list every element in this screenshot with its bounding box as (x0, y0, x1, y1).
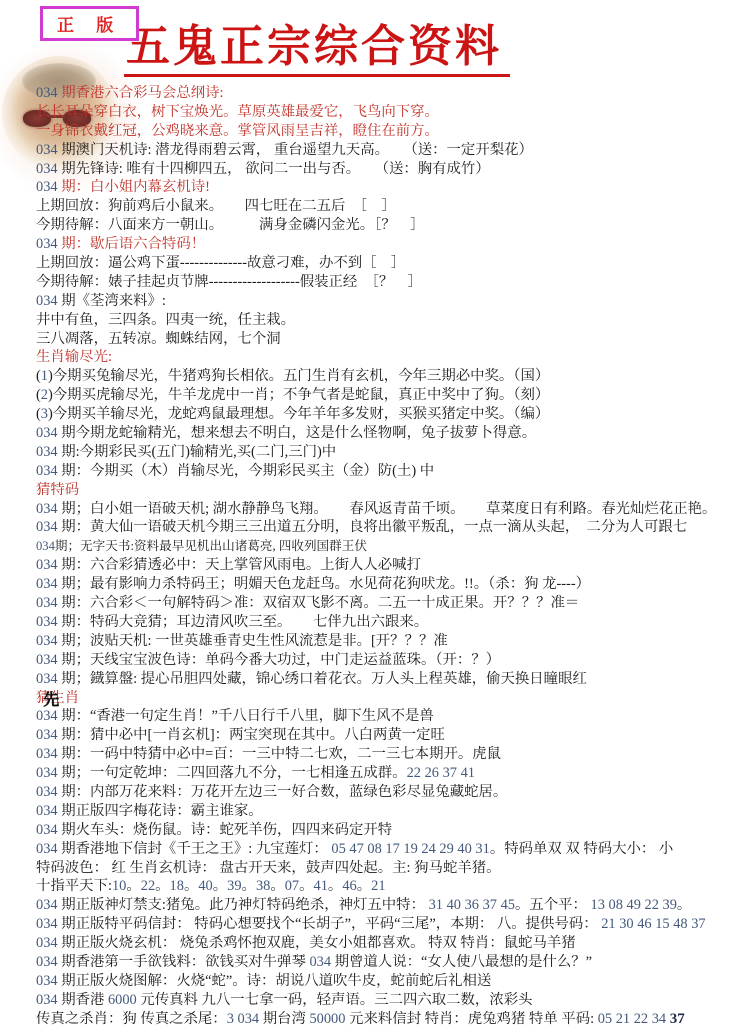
number-text: 034 (36, 992, 58, 1008)
stamp-label: 正 版 (57, 16, 122, 35)
overlapping-bold-text: 先 (43, 692, 59, 711)
number-text: 3 (227, 1011, 234, 1027)
number-text: 07 (285, 878, 299, 894)
text-line: 034 期：今期买（木）肖输尽光，今期彩民买主（金）防(土) 中 (0, 462, 748, 481)
text-line: 034 期正版火烧图解：火烧“蛇”。诗：胡说八道吹牛皮，蛇前蛇后礼相送 (0, 972, 748, 991)
number-text: 22 (634, 1011, 648, 1027)
text-line: 传真之杀肖：狗 传真之杀尾：3 034 期台湾 50000 元来料信封 特肖：虎… (0, 1010, 748, 1029)
text-line: (1)今期买兔输尽光，牛猪鸡狗长相依。五门生肖有玄机，今年三期必中奖。（国） (0, 367, 748, 386)
number-text: 13 (591, 897, 605, 913)
text-line: 上期回放：逼公鸡下蛋--------------故意刁难，办不到［ ］ (0, 254, 748, 273)
number-text: 034 (36, 671, 58, 687)
number-text: 46 (342, 878, 356, 894)
number-text: 41 (461, 765, 475, 781)
number-text: 22 (645, 897, 659, 913)
number-text: 034 (36, 708, 58, 724)
number-text: 034 (36, 519, 58, 535)
number-text: 21 (616, 1011, 630, 1027)
text-line: 034 期；一句定乾坤：二四回落九不分，一七相逢五成群。22 26 37 41 (0, 764, 748, 783)
text-line: 井中有鱼，三四条。四夷一统，任主栽。 (0, 311, 748, 330)
number-text: 49 (627, 897, 641, 913)
text-line: 猜特码 (0, 481, 748, 500)
text-line: 034期；无字天书:资料最早见机出山诸葛亮, 四收列国群王伏 (0, 537, 748, 556)
number-text: 034 (36, 935, 58, 951)
number-text: 1 (41, 368, 48, 384)
text-line: 上期回放：狗前鸡后小鼠来。 四七旺在二五后 ［ ］ (0, 197, 748, 216)
number-text: 46 (637, 916, 651, 932)
number-text: 034 (36, 501, 58, 517)
number-text: 034 (238, 1011, 260, 1027)
number-text: 034 (36, 236, 58, 252)
number-text: 2 (41, 387, 48, 403)
text-line: 猜生肖先 (0, 689, 748, 708)
number-text: 034 (36, 803, 58, 819)
text-line: 今期待解：婊子挂起贞节牌-------------------假装正经 ［？ ］ (0, 273, 748, 292)
text-line: 034 期：特码大竞猜；耳边清风吹三至。 七伴九出六跟来。 (0, 613, 748, 632)
number-text: 034 (36, 539, 55, 553)
number-text: 034 (36, 954, 58, 970)
number-text: 37 (443, 765, 457, 781)
number-text: 034 (36, 425, 58, 441)
number-text: 034 (36, 557, 58, 573)
number-text: 6000 (108, 992, 137, 1008)
text-line: 034 期今期龙蛇输精光，想来想去不明白，这是什么怪物啊，兔子拔萝卜得意。 (0, 424, 748, 443)
text-line: 三八凋落，五转凉。蜘蛛结网，七个洞 (0, 330, 748, 349)
text-line: 034 期《荃湾来料》: (0, 292, 748, 311)
number-text: 34 (652, 1011, 666, 1027)
text-line: 034 期正版神灯禁支:猪兔。此乃神灯特码绝杀，神灯五中特： 31 40 36 … (0, 896, 748, 915)
number-text: 17 (385, 841, 399, 857)
text-line: 034 期：内部万花来料：万花开左边三一好合数，蓝绿色彩尽显兔藏蛇居。 (0, 783, 748, 802)
number-text: 034 (36, 727, 58, 743)
text-line: 034 期香港第一手欲钱料：欲钱买对牛弹琴 034 期曾道人说：“女人使八最想的… (0, 953, 748, 972)
number-text: 034 (36, 85, 58, 101)
number-text: 034 (36, 916, 58, 932)
number-text: 40 (198, 878, 212, 894)
number-text: 37 (691, 916, 705, 932)
number-text: 034 (36, 784, 58, 800)
number-text: 034 (36, 973, 58, 989)
authentic-stamp: 正 版 (40, 6, 139, 41)
number-text: 05 (331, 841, 345, 857)
number-text: 15 (655, 916, 669, 932)
number-text: 41 (314, 878, 328, 894)
number-text: 39 (663, 897, 677, 913)
text-line: 034 期；天线宝宝波色诗：单码今番大功过，中门走运益蓝珠。（开：？） (0, 651, 748, 670)
page: 正 版 五鬼正宗综合资料 034 期香港六合彩马会总纲诗:长长耳朵穿白衣，树下宝… (0, 0, 748, 1036)
number-text: 18 (170, 878, 184, 894)
text-line: 034 期先锋诗: 唯有十四柳四五， 欲问二一出与否。 （送：胸有成竹） (0, 160, 748, 179)
number-text: 034 (36, 633, 58, 649)
text-line: 034 期；鐡算盤: 提心吊胆四处藏，锦心绣口着花衣。万人头上程英雄，偷天换日瞳… (0, 670, 748, 689)
number-text: 22 (407, 765, 421, 781)
text-line: (2)今期买虎输尽光，牛羊龙虎中一肖；不争气者是蛇鼠，真正中奖中了狗。（刻） (0, 386, 748, 405)
number-text: 034 (36, 576, 58, 592)
text-line: 034 期：黄大仙一语破天机今期三三出道五分明，良将出徽平叛乱，一点一滴从头起，… (0, 518, 748, 537)
number-text: 034 (36, 293, 58, 309)
text-line: (3)今期买羊输尽光，龙蛇鸡鼠最理想。今年羊年多发财，买猴买猪定中奖。（编） (0, 405, 748, 424)
number-text: 034 (309, 954, 331, 970)
number-text: 034 (36, 614, 58, 630)
number-text: 45 (501, 897, 515, 913)
number-text: 22 (141, 878, 155, 894)
text-line: 一身锦衣戴红冠，公鸡晓来意。掌管风雨呈吉祥，瞪住在前方。 (0, 122, 748, 141)
number-text: 034 (36, 142, 58, 158)
text-line: 034 期；白小姐一语破天机; 湖水静静鸟飞翔。 春风返青苗千顷。 草菜度日有利… (0, 500, 748, 519)
number-text: 39 (227, 878, 241, 894)
text-line: 034 期：六合彩猜透必中：天上掌管风雨电。上街人人必喊打 (0, 556, 748, 575)
number-text: 034 (36, 179, 58, 195)
number-text: 034 (36, 841, 58, 857)
text-line: 034 期；最有影响力杀特码王；明媚天色龙赶鸟。水见荷花狗吠龙。!!。（杀：狗 … (0, 575, 748, 594)
text-line: 034 期：猜中必中[一肖玄机]：两宝突现在其中。八白两黄一定旺 (0, 726, 748, 745)
number-text: 19 (403, 841, 417, 857)
text-line: 034 期香港 6000 元传真料 九八一七拿一码，轻声语。三二四六取二数，浓彩… (0, 991, 748, 1010)
number-text: 38 (256, 878, 270, 894)
text-line: 034 期：歇后语六合特码！ (0, 235, 748, 254)
number-text: 24 (421, 841, 435, 857)
text-line: 034 期澳门天机诗: 潜龙得雨碧云霄， 重台遥望九天高。 （送：一定开梨花） (0, 141, 748, 160)
document-body: 034 期香港六合彩马会总纲诗:长长耳朵穿白衣，树下宝焕光。草原英雄最爱它，飞鸟… (0, 84, 748, 1029)
number-text: 21 (371, 878, 385, 894)
text-line: 034 期:今期彩民买(五门)输精光,买(二门,三门)中 (0, 443, 748, 462)
number-text: 034 (36, 595, 58, 611)
number-text: 034 (36, 897, 58, 913)
number-text: 034 (36, 746, 58, 762)
text-line: 十指平天下:10。22。18。40。39。38。07。41。46。21 (0, 877, 748, 896)
number-text: 034 (36, 652, 58, 668)
number-text: 034 (36, 161, 58, 177)
number-text: 26 (425, 765, 439, 781)
number-text: 034 (36, 765, 58, 781)
number-text: 10 (112, 878, 126, 894)
text-line: 034 期正版四字梅花诗：霸主谁家。 (0, 802, 748, 821)
number-text: 47 (349, 841, 363, 857)
text-line: 034 期香港六合彩马会总纲诗: (0, 84, 748, 103)
number-text: 21 (601, 916, 615, 932)
text-line: 生肖输尽光: (0, 348, 748, 367)
number-text: 31 (429, 897, 443, 913)
number-text: 29 (439, 841, 453, 857)
text-line: 034 期；波贴天机: 一世英雄垂青史生性风流惹是非。[开？？？准 (0, 632, 748, 651)
page-title[interactable]: 五鬼正宗综合资料 (124, 22, 510, 77)
number-text: 034 (36, 463, 58, 479)
text-line: 长长耳朵穿白衣，树下宝焕光。草原英雄最爱它，飞鸟向下穿。 (0, 103, 748, 122)
number-text: 034 (36, 444, 58, 460)
number-text: 40 (447, 897, 461, 913)
number-text: 08 (367, 841, 381, 857)
text-line: 特码波色： 红 生肖玄机诗： 盘古开天来，鼓声四处起。主: 狗马蛇羊猪。 (0, 859, 748, 878)
text-line: 034 期火车头：烧伤鼠。诗：蛇死羊伤，四四来码定开特 (0, 821, 748, 840)
number-text: 08 (609, 897, 623, 913)
number-text: 48 (673, 916, 687, 932)
number-text: 31 (475, 841, 489, 857)
text-line: 034 期：白小姐内幕玄机诗! (0, 178, 748, 197)
number-text: 37 (483, 897, 497, 913)
text-line: 今期待解：八面来方一朝山。 满身金磷闪金光。［？ ］ (0, 216, 748, 235)
number-text: 034 (36, 822, 58, 838)
number-text: 50000 (309, 1011, 345, 1027)
text-line: 034 期正版特平码信封： 特码心想要找个“长胡子”，平码“三尾”，本期： 八。… (0, 915, 748, 934)
text-line: 034 期：六合彩＜一句解特码＞准：双宿双飞影不离。二五一十成正果。开？？？准＝ (0, 594, 748, 613)
number-text: 36 (465, 897, 479, 913)
text-line: 034 期正版火烧玄机： 烧兔杀鸡怀抱双鹿，美女小姐都喜欢。 特双 特肖：鼠蛇马… (0, 934, 748, 953)
number-text: 30 (619, 916, 633, 932)
text-line: 034 期：“香港一句定生肖！”千八日行千八里，脚下生风不是兽 (0, 707, 748, 726)
number-text: 3 (41, 406, 48, 422)
number-text: 40 (457, 841, 471, 857)
number-text: 05 (598, 1011, 612, 1027)
text-line: 034 期香港地下信封《千王之王》: 九宝莲灯： 05 47 08 17 19 … (0, 840, 748, 859)
bold-number-text: 37 (670, 1011, 685, 1027)
text-line: 034 期：一码中特猜中必中=百：一三中特二七欢，二一三七本期开。虎鼠 (0, 745, 748, 764)
